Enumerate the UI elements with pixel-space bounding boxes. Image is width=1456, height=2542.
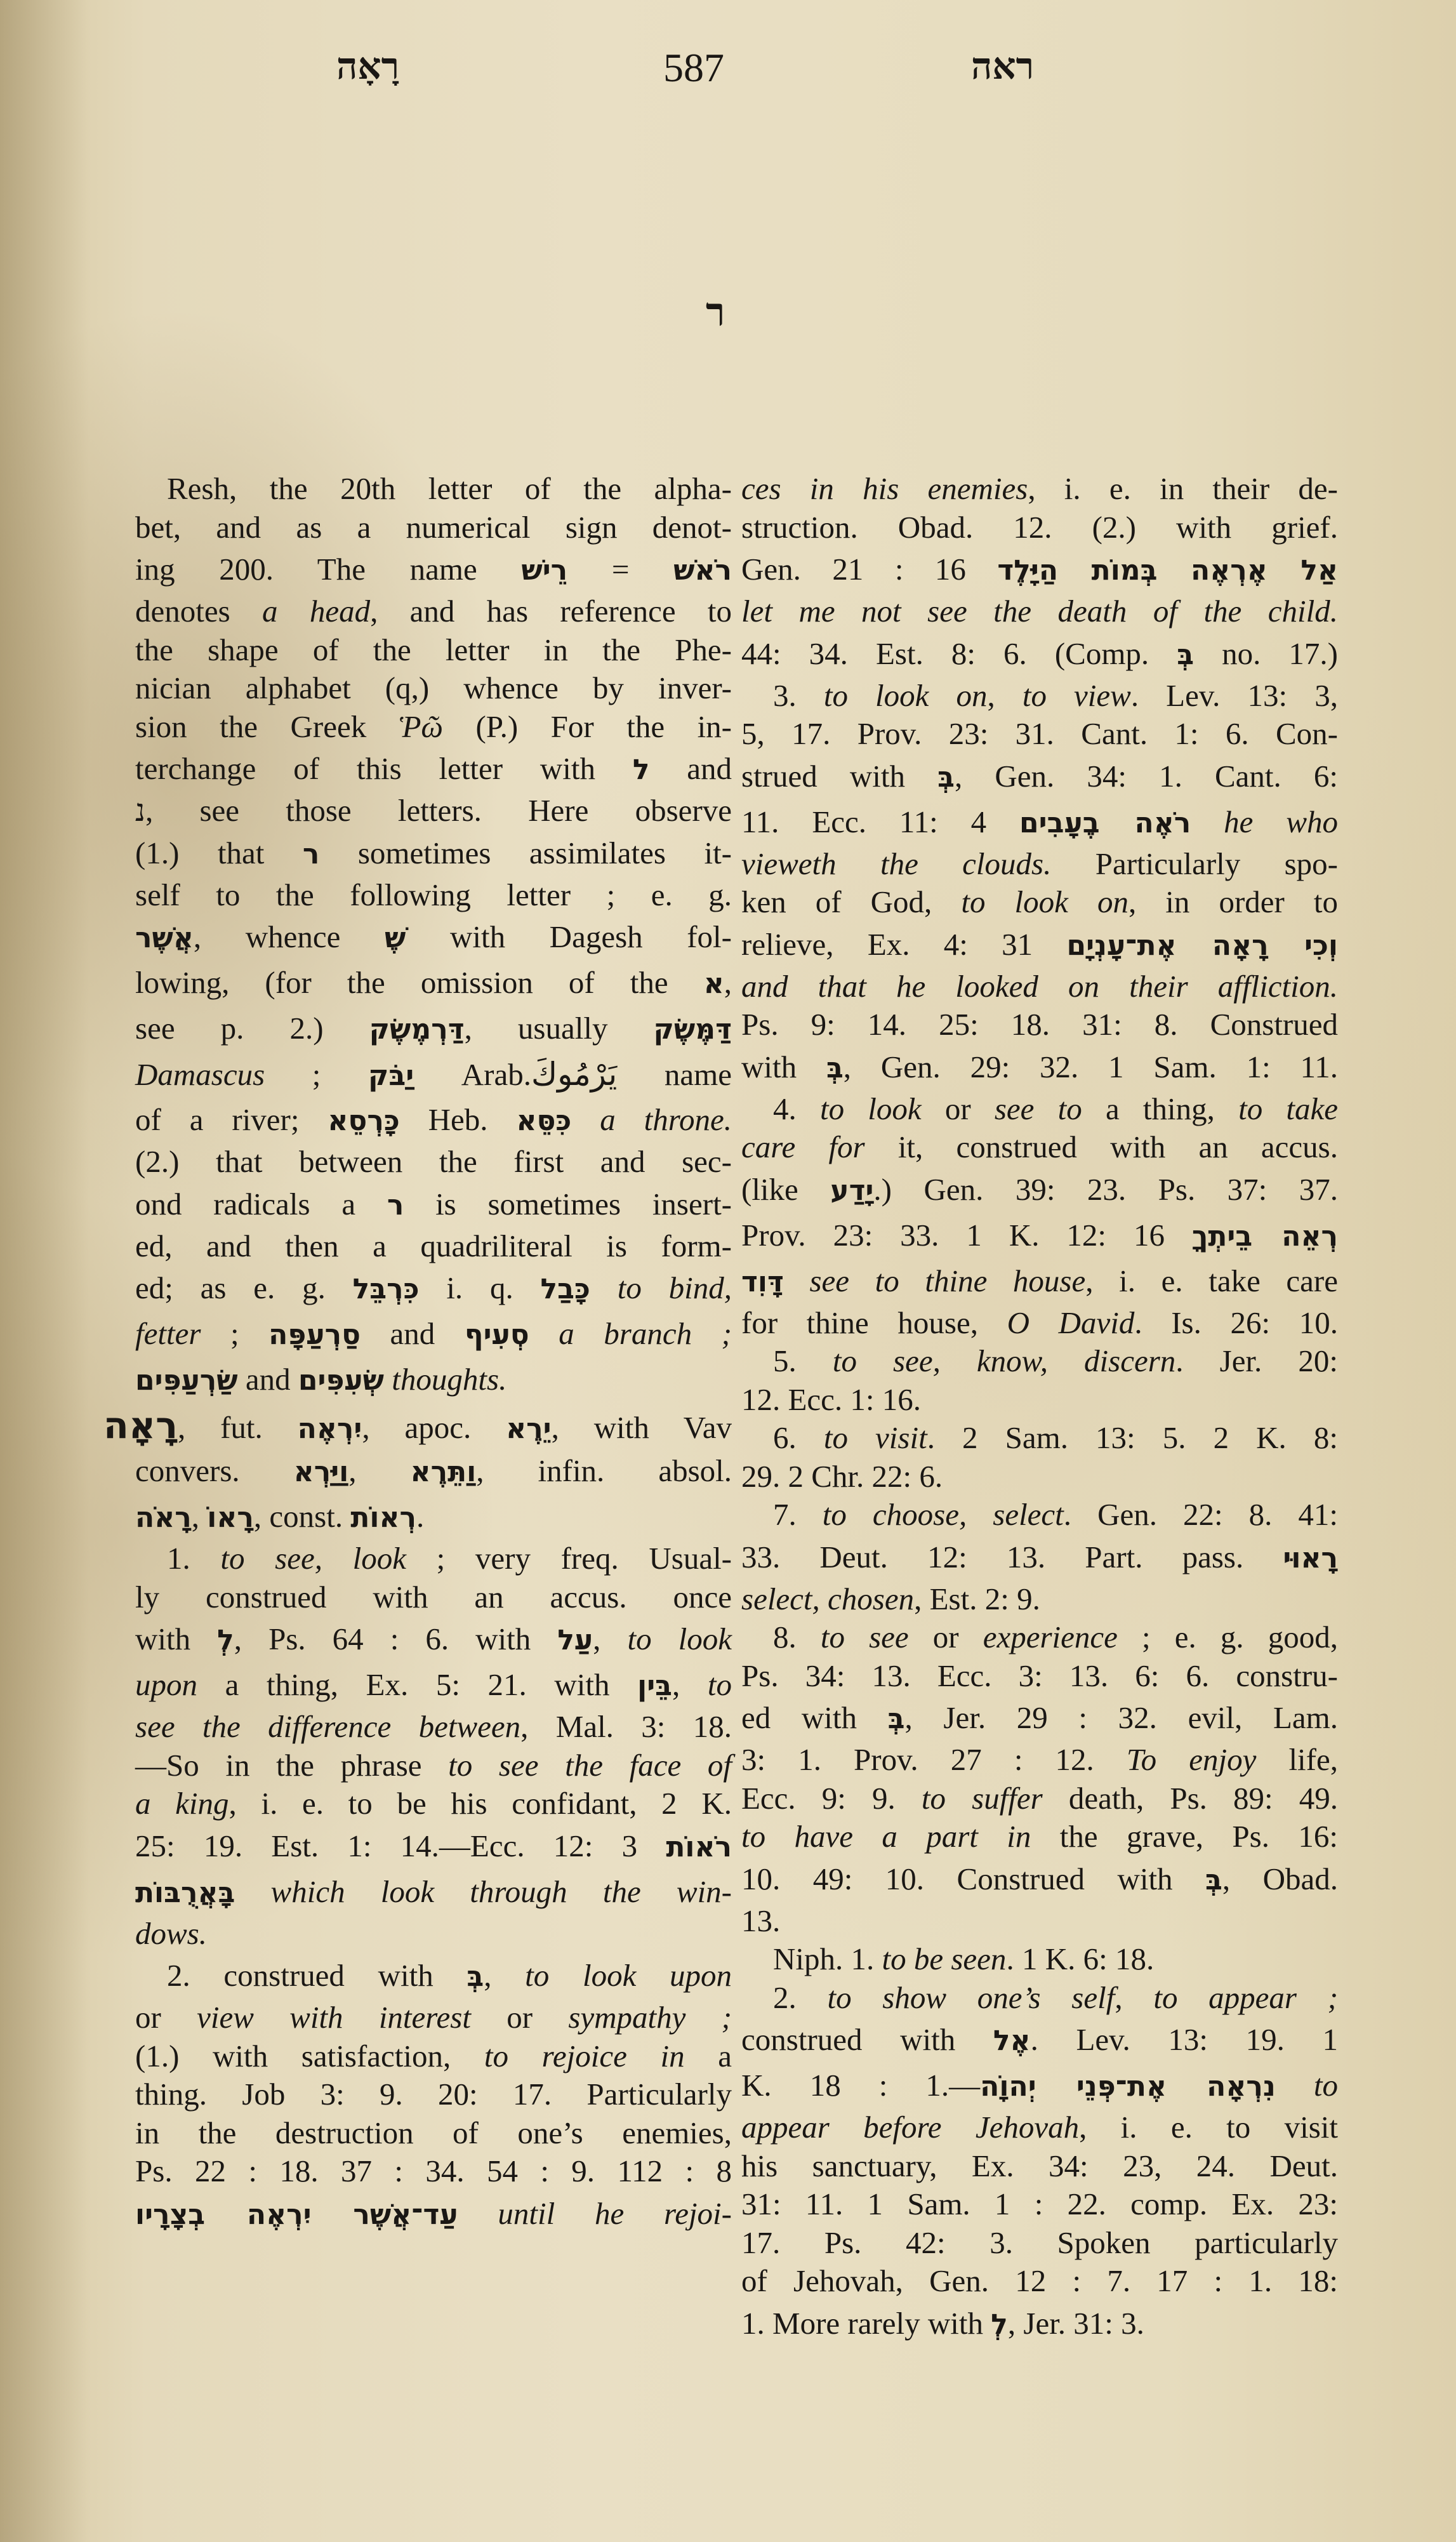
text-line: upon a thing, Ex. 5: 21. with בֵּין, to xyxy=(135,1662,732,1708)
text-line: self to the following letter ; e. g. xyxy=(135,876,732,915)
text-run: . 1 K. 6: 18. xyxy=(1006,1941,1154,1976)
hebrew-word: רָאֹה xyxy=(135,1501,192,1534)
italic-gloss: sympathy ; xyxy=(568,2000,732,2035)
text-run: , xyxy=(593,1621,627,1656)
text-run: , see those letters. Here observe xyxy=(145,793,732,828)
text-line: ond radicals a ר is sometimes insert- xyxy=(135,1181,732,1227)
text-run: . Lev. 13: 19. 1 xyxy=(1031,2022,1338,2057)
text-run: ; e. g. good, xyxy=(1118,1620,1338,1654)
text-run: Gen. 21 : 16 xyxy=(741,552,997,587)
text-run: Particularly spo- xyxy=(1051,846,1338,881)
text-run: construed with xyxy=(741,2022,993,2057)
text-run: , Gen. 29: 32. 1 Sam. 1: 11. xyxy=(844,1049,1338,1084)
text-line: struction. Obad. 12. (2.) with grief. xyxy=(741,509,1338,547)
hebrew-word: אֶל xyxy=(993,2025,1031,2057)
text-run: or xyxy=(135,2000,197,2035)
italic-gloss: to look xyxy=(820,1091,922,1126)
resh-introduction: Resh, the 20th letter of the alpha-bet, … xyxy=(135,470,732,1402)
italic-gloss: to be seen xyxy=(882,1941,1007,1976)
italic-gloss: to visit xyxy=(824,1420,927,1455)
text-run: death, Ps. 89: 49. xyxy=(1043,1781,1338,1816)
text-run: = xyxy=(567,552,673,587)
hebrew-word: שֶׁ xyxy=(385,922,406,954)
text-run: , xyxy=(484,1958,525,1993)
text-run: , i. e. in their de- xyxy=(1028,471,1338,506)
page-gutter-shadow xyxy=(0,0,89,2542)
italic-gloss: let me not see the death of the child. xyxy=(741,594,1338,629)
text-line: to have a part in the grave, Ps. 16: xyxy=(741,1818,1338,1856)
italic-gloss: to suffer xyxy=(922,1781,1043,1816)
italic-gloss: select, chosen xyxy=(741,1581,914,1616)
text-run: —So in the phrase xyxy=(135,1748,448,1783)
text-line: 29. 2 Chr. 22: 6. xyxy=(741,1458,1338,1496)
text-line: for thine house, O David. Is. 26: 10. xyxy=(741,1304,1338,1343)
text-line: בָּאֲרֻבּוֹת which look through the win- xyxy=(135,1869,732,1915)
page-number: 587 xyxy=(663,44,724,91)
text-line: (2.) that between the first and sec- xyxy=(135,1143,732,1181)
text-run: . Lev. 13: 3, xyxy=(1131,678,1338,713)
text-run: (P.) For the in- xyxy=(443,709,732,744)
text-run: a thing, xyxy=(1082,1091,1238,1126)
text-run: life, xyxy=(1256,1742,1338,1777)
text-run: Ecc. 9: 9. xyxy=(741,1781,922,1816)
text-line: 25: 19. Est. 1: 14.—Ecc. 12: 3 רֹאוֹת xyxy=(135,1823,732,1869)
text-line: 4. to look or see to a thing, to take xyxy=(741,1090,1338,1129)
text-line: 10. 49: 10. Construed with בְּ, Obad. xyxy=(741,1856,1338,1902)
hebrew-word: רְאוֹת xyxy=(350,1501,416,1534)
hebrew-word: יָדַע xyxy=(830,1175,873,1207)
text-line: ken of God, to look on, in order to xyxy=(741,883,1338,922)
text-line: 31: 11. 1 Sam. 1 : 22. comp. Ex. 23: xyxy=(741,2185,1338,2224)
hebrew-word: רֹאֶה בֶעָבִים xyxy=(1019,807,1191,839)
hebrew-word: אֲשֶׁר xyxy=(135,922,194,954)
text-run: 8. xyxy=(773,1620,821,1654)
italic-gloss: To enjoy xyxy=(1127,1742,1256,1777)
italic-gloss: ces in his enemies xyxy=(741,471,1028,506)
italic-gloss: to view xyxy=(1023,678,1131,713)
hebrew-word: סְעִיף xyxy=(465,1319,529,1351)
hebrew-word: דַּרְמֶשֶׂק xyxy=(369,1013,465,1046)
text-run: the grave, Ps. 16: xyxy=(1031,1819,1338,1854)
text-line: 1. More rarely with לְ, Jer. 31: 3. xyxy=(741,2301,1338,2346)
italic-gloss: to appear ; xyxy=(1153,1980,1338,2015)
italic-gloss: dows. xyxy=(135,1916,207,1951)
text-run: , and has reference to xyxy=(370,594,732,629)
text-run: sion the Greek xyxy=(135,709,399,744)
text-run: 1. xyxy=(167,1541,220,1576)
text-run: ond radicals a xyxy=(135,1187,387,1221)
section-letter-resh: ר xyxy=(706,289,725,336)
text-line: and that he looked on their affliction. xyxy=(741,968,1338,1006)
text-line: care for it, construed with an accus. xyxy=(741,1128,1338,1167)
text-run: ; very freq. Usual- xyxy=(406,1541,732,1576)
italic-gloss: to look upon xyxy=(525,1958,732,1993)
hebrew-word: דָּוִד xyxy=(741,1266,784,1298)
text-line: 44: 34. Est. 8: 6. (Comp. בְּ no. 17.) xyxy=(741,631,1338,677)
text-line: Ps. 22 : 18. 37 : 34. 54 : 9. 112 : 8 xyxy=(135,2152,732,2191)
text-line: his sanctuary, Ex. 34: 23, 24. Deut. xyxy=(741,2147,1338,2186)
text-line: 17. Ps. 42: 3. Spoken particularly xyxy=(741,2224,1338,2263)
text-line: אֲשֶׁר, whence שֶׁ with Dagesh fol- xyxy=(135,914,732,960)
text-run: Heb. xyxy=(400,1102,517,1137)
text-line: 3. to look on, to view. Lev. 13: 3, xyxy=(741,677,1338,715)
text-line: 11. Ecc. 11: 4 רֹאֶה בֶעָבִים he who xyxy=(741,799,1338,845)
text-line: vieweth the clouds. Particularly spo- xyxy=(741,845,1338,884)
text-run: 4. xyxy=(773,1091,820,1126)
text-run: 2. construed with xyxy=(167,1958,467,1993)
text-run: see p. 2.) xyxy=(135,1011,369,1046)
text-line: ces in his enemies, i. e. in their de- xyxy=(741,470,1338,509)
italic-gloss: and that he looked on their affliction. xyxy=(741,969,1338,1004)
italic-gloss: to show one’s self xyxy=(827,1980,1115,2015)
text-run: of a river; xyxy=(135,1102,328,1137)
text-run: , i. e. to be his confidant, 2 K. xyxy=(229,1786,732,1821)
hebrew-word: נִרְאָה אֶת־פְּנֵי יְהוָֹה xyxy=(980,2070,1276,2103)
text-run: 11. Ecc. 11: 4 xyxy=(741,804,1019,839)
text-line: bet, and as a numerical sign denot- xyxy=(135,509,732,547)
text-run: , i. e. take care xyxy=(1085,1263,1338,1298)
text-run: Ps. 34: 13. Ecc. 3: 13. 6: 6. constru- xyxy=(741,1658,1338,1693)
italic-gloss: experience xyxy=(983,1620,1118,1654)
hebrew-word: דַּמֶּשֶׂק xyxy=(654,1013,732,1046)
text-run: 1. More rarely with xyxy=(741,2306,991,2341)
text-line: of a river; כָּרְסֵא Heb. כִּסֵּא a thro… xyxy=(135,1097,732,1143)
sense-2: 2. construed with בְּ, to look uponor vi… xyxy=(135,1953,732,2237)
text-run: Niph. 1. xyxy=(773,1941,882,1976)
text-run: נ xyxy=(135,793,145,828)
text-run: , fut. xyxy=(178,1410,298,1445)
text-run: terchange of this letter with xyxy=(135,751,633,786)
text-line: relieve, Ex. 4: 31 וְכִי רָאָה אֶת־עָנְי… xyxy=(741,922,1338,968)
text-run: , const. xyxy=(254,1499,350,1534)
text-line: terchange of this letter with ל and xyxy=(135,746,732,792)
running-head-right-word: ראה xyxy=(971,44,1034,88)
text-run: strued with xyxy=(741,759,937,794)
text-line: 6. to visit. 2 Sam. 13: 5. 2 K. 8: xyxy=(741,1419,1338,1458)
text-run: 3. xyxy=(773,678,824,713)
hebrew-word: סַרְעַפָּה xyxy=(268,1319,361,1351)
italic-gloss: to xyxy=(708,1667,732,1702)
italic-gloss: to see xyxy=(821,1620,909,1654)
text-line: ed with בְּ, Jer. 29 : 32. evil, Lam. xyxy=(741,1695,1338,1741)
text-run: ed; as e. g. xyxy=(135,1270,353,1305)
text-run: sometimes assimilates it- xyxy=(319,835,732,870)
italic-gloss: to have a part in xyxy=(741,1819,1031,1854)
text-run: K. 18 : 1.— xyxy=(741,2068,980,2103)
text-line: (like יָדַע.) Gen. 39: 23. Ps. 37: 37. xyxy=(741,1167,1338,1213)
text-line: in the destruction of one’s enemies, xyxy=(135,2114,732,2153)
text-run: , xyxy=(724,965,732,1000)
text-run: , Jer. 29 : 32. evil, Lam. xyxy=(905,1700,1338,1735)
text-run: Prov. 23: 33. 1 K. 12: 16 xyxy=(741,1218,1192,1253)
text-run: . Jer. 20: xyxy=(1175,1343,1338,1378)
text-line: Ecc. 9: 9. to suffer death, Ps. 89: 49. xyxy=(741,1780,1338,1818)
text-run: 5, 17. Prov. 23: 31. Cant. 1: 6. Con- xyxy=(741,716,1338,751)
text-run: Ps. 9: 14. 25: 18. 31: 8. Construed xyxy=(741,1007,1338,1042)
italic-gloss: to look on xyxy=(961,884,1128,919)
italic-gloss: see to xyxy=(995,1091,1082,1126)
text-line: K. 18 : 1.—נִרְאָה אֶת־פְּנֵי יְהוָֹה to xyxy=(741,2063,1338,2108)
italic-gloss: see to thine house xyxy=(784,1263,1085,1298)
text-run: (like xyxy=(741,1172,830,1207)
hebrew-word: רְאֵה בֵיתְךָ xyxy=(1192,1220,1338,1253)
text-run: 6. xyxy=(773,1420,824,1455)
text-line: רָאֹה, רָאוֹ, const. רְאוֹת. xyxy=(135,1494,732,1540)
italic-gloss: until he rejoi- xyxy=(458,2196,732,2231)
italic-gloss: a throne. xyxy=(571,1102,732,1137)
text-run: 2. xyxy=(773,1980,827,2015)
text-line: a king, i. e. to be his confidant, 2 K. xyxy=(135,1785,732,1823)
text-run: .) Gen. 39: 23. Ps. 37: 37. xyxy=(873,1172,1338,1207)
hebrew-word: שְׂעִפִּים xyxy=(298,1364,384,1397)
text-run: ; xyxy=(201,1316,268,1351)
text-line: of Jehovah, Gen. 12 : 7. 17 : 1. 18: xyxy=(741,2262,1338,2301)
text-run: 29. 2 Chr. 22: 6. xyxy=(741,1459,943,1494)
text-run: 25: 19. Est. 1: 14.—Ecc. 12: 3 xyxy=(135,1828,666,1863)
text-line: Ps. 34: 13. Ecc. 3: 13. 6: 6. constru- xyxy=(741,1657,1338,1696)
text-run: it, construed with an accus. xyxy=(865,1129,1338,1164)
text-run: 3: 1. Prov. 27 : 12. xyxy=(741,1742,1127,1777)
hebrew-word: בָּאֲרֻבּוֹת xyxy=(135,1877,235,1909)
italic-gloss: to take xyxy=(1238,1091,1338,1126)
text-run: 13. xyxy=(741,1903,780,1938)
text-run: , Ps. 64 : 6. with xyxy=(234,1621,558,1656)
text-line: sion the Greek Ῥῶ (P.) For the in- xyxy=(135,708,732,747)
text-run: (2.) that between the first and sec- xyxy=(135,1144,732,1179)
italic-gloss: upon xyxy=(135,1667,197,1702)
hebrew-word: כָּבַל xyxy=(541,1273,590,1305)
text-line: denotes a head, and has reference to xyxy=(135,592,732,631)
hebrew-word: בְּ xyxy=(1205,1864,1222,1896)
entry-headline: רָאָה, fut. יִרְאֶה, apoc. יֵרֶא, with V… xyxy=(103,1402,732,1448)
text-run: or xyxy=(909,1620,983,1654)
text-run: 17. Ps. 42: 3. Spoken particularly xyxy=(741,2225,1338,2260)
italic-gloss: see the difference between xyxy=(135,1709,520,1744)
right-column-text: ces in his enemies, i. e. in their de-st… xyxy=(741,470,1338,2346)
text-line: the shape of the letter in the Phe- xyxy=(135,631,732,670)
text-run: self to the following letter ; e. g. xyxy=(135,877,732,912)
hebrew-word: ר xyxy=(303,838,320,870)
text-line: (1.) that ר sometimes assimilates it- xyxy=(135,830,732,876)
entry-headword: רָאָה xyxy=(103,1404,178,1447)
hebrew-word: ר xyxy=(387,1189,404,1221)
text-run: , Est. 2: 9. xyxy=(914,1581,1040,1616)
text-line: see the difference between, Mal. 3: 18. xyxy=(135,1708,732,1747)
italic-gloss: Damascus xyxy=(135,1057,265,1092)
text-run: (1.) that xyxy=(135,835,303,870)
text-line: 5. to see, know, discern. Jer. 20: xyxy=(741,1342,1338,1381)
text-run: 5. xyxy=(773,1343,833,1378)
italic-gloss: a head xyxy=(262,594,370,629)
text-line: see p. 2.) דַּרְמֶשֶׂק, usually דַּמֶּשֶ… xyxy=(135,1006,732,1051)
hebrew-word: וַתֵּרֶא xyxy=(411,1456,477,1488)
text-run: and xyxy=(238,1362,298,1397)
text-run: (1.) with satisfaction, xyxy=(135,2039,484,2073)
italic-gloss: Ῥῶ xyxy=(399,709,443,744)
italic-gloss: to bind, xyxy=(590,1270,732,1305)
text-run: , i. e. to visit xyxy=(1079,2110,1338,2145)
italic-gloss: view with interest xyxy=(197,2000,471,2035)
text-run: thing. Job 3: 9. 20: 17. Particularly xyxy=(135,2077,732,2112)
text-run: 33. Deut. 12: 13. Part. pass. xyxy=(741,1540,1283,1574)
text-run: ken of God, xyxy=(741,884,961,919)
hebrew-word: וְכִי רָאָה אֶת־עָנְיָם xyxy=(1066,929,1338,962)
hebrew-word: בֵּין xyxy=(637,1670,672,1702)
text-run: ly construed with an accus. once xyxy=(135,1580,732,1614)
text-run: of Jehovah, Gen. 12 : 7. 17 : 1. 18: xyxy=(741,2263,1338,2298)
text-run: . xyxy=(416,1499,424,1534)
text-run: ed, and then a quadriliteral is form- xyxy=(135,1228,732,1263)
right-column: ces in his enemies, i. e. in their de-st… xyxy=(741,470,1338,2346)
text-line: or view with interest or sympathy ; xyxy=(135,1999,732,2037)
italic-gloss: to rejoice in xyxy=(484,2039,685,2073)
italic-gloss: care for xyxy=(741,1129,865,1164)
hebrew-word: עַד־אֲשֶׁר יִרְאֶה בְצָרָיו xyxy=(135,2199,458,2231)
text-line: 2. to show one’s self, to appear ; xyxy=(741,1979,1338,2018)
text-run: , infin. absol. xyxy=(476,1453,732,1488)
text-run: i. q. xyxy=(420,1270,541,1305)
arabic-word: يَرْمُوكَ xyxy=(531,1056,617,1093)
text-line: convers. וַיַּרְא, וַתֵּרֶא, infin. abso… xyxy=(135,1448,732,1494)
text-run: for thine house, xyxy=(741,1305,1007,1340)
text-run: 7. xyxy=(773,1497,823,1532)
text-line: with לְ, Ps. 64 : 6. with עַל, to look xyxy=(135,1616,732,1662)
hebrew-word: אַל אֶרְאֶה בְּמוֹת הַיָּלֶד xyxy=(997,554,1338,587)
italic-gloss: O David xyxy=(1007,1305,1135,1340)
hebrew-word: יִרְאֶה xyxy=(298,1413,362,1445)
text-line: ly construed with an accus. once xyxy=(135,1578,732,1617)
text-run: name xyxy=(617,1057,732,1092)
text-line: lowing, (for the omission of the א, xyxy=(135,960,732,1006)
text-line: let me not see the death of the child. xyxy=(741,592,1338,631)
text-run: , Mal. 3: 18. xyxy=(520,1709,732,1744)
text-line: שַׂרְעַפִּים and שְׂעִפִּים thoughts. xyxy=(135,1357,732,1402)
text-line: 1. to see, look ; very freq. Usual- xyxy=(135,1540,732,1578)
text-line: construed with אֶל. Lev. 13: 19. 1 xyxy=(741,2017,1338,2063)
text-line: 3: 1. Prov. 27 : 12. To enjoy life, xyxy=(741,1741,1338,1780)
text-run: ing 200. The name xyxy=(135,552,521,587)
italic-gloss: he who xyxy=(1191,804,1338,839)
text-run: , in order to xyxy=(1128,884,1338,919)
text-run: , the 20th letter of the alpha- xyxy=(229,471,732,506)
text-run: nician alphabet (q,) whence by inver- xyxy=(135,670,732,705)
running-head: רָאָה 587 ראה xyxy=(0,44,1456,108)
text-line: with בְּ, Gen. 29: 32. 1 Sam. 1: 11. xyxy=(741,1044,1338,1090)
text-line: ed; as e. g. כִּרְבֵּל i. q. כָּבַל to b… xyxy=(135,1265,732,1311)
text-run: , apoc. xyxy=(362,1410,506,1445)
text-line: appear before Jehovah, i. e. to visit xyxy=(741,2108,1338,2147)
text-run: with xyxy=(741,1049,826,1084)
text-run: , xyxy=(988,678,1023,713)
hebrew-word: וַיַּרְא xyxy=(294,1456,349,1488)
text-run: , usually xyxy=(465,1011,654,1046)
text-run: convers. xyxy=(135,1453,294,1488)
text-run: a xyxy=(685,2039,732,2073)
text-line: 5, 17. Prov. 23: 31. Cant. 1: 6. Con- xyxy=(741,715,1338,754)
text-line: Prov. 23: 33. 1 K. 12: 16 רְאֵה בֵיתְךָ xyxy=(741,1213,1338,1258)
italic-gloss: a king xyxy=(135,1786,229,1821)
hebrew-word: לְ xyxy=(991,2308,1008,2341)
text-line: —So in the phrase to see the face of xyxy=(135,1747,732,1785)
text-run: . 2 Sam. 13: 5. 2 K. 8: xyxy=(927,1420,1338,1455)
hebrew-word: שַׂרְעַפִּים xyxy=(135,1364,238,1397)
text-line: Niph. 1. to be seen. 1 K. 6: 18. xyxy=(741,1940,1338,1979)
hebrew-word: כִּרְבֵּל xyxy=(353,1273,420,1305)
text-run: and xyxy=(649,751,732,786)
text-run: bet, and as a numerical sign denot- xyxy=(135,510,732,545)
text-run: 10. 49: 10. Construed with xyxy=(741,1861,1205,1896)
text-line: 13. xyxy=(741,1902,1338,1941)
text-run: lowing, (for the omission of the xyxy=(135,965,704,1000)
text-line: Ps. 9: 14. 25: 18. 31: 8. Construed xyxy=(741,1006,1338,1044)
text-run: relieve, Ex. 4: 31 xyxy=(741,927,1066,962)
text-run: ed with xyxy=(741,1700,888,1735)
text-line: ed, and then a quadriliteral is form- xyxy=(135,1227,732,1266)
text-run: no. 17.) xyxy=(1194,636,1338,671)
italic-gloss: to look xyxy=(627,1621,732,1656)
text-line: (1.) with satisfaction, to rejoice in a xyxy=(135,2037,732,2076)
text-run: and xyxy=(361,1316,465,1351)
text-line: 33. Deut. 12: 13. Part. pass. רָאוּי xyxy=(741,1534,1338,1580)
hebrew-word: רָאוּי xyxy=(1283,1542,1338,1574)
italic-gloss: to look on xyxy=(824,678,988,713)
text-run: . Gen. 22: 8. 41: xyxy=(1064,1497,1338,1532)
hebrew-word: רֹאוֹת xyxy=(666,1831,732,1863)
text-run: , Obad. xyxy=(1222,1861,1338,1896)
hebrew-word: בְּ xyxy=(1177,639,1194,671)
sense-1: 1. to see, look ; very freq. Usual-ly co… xyxy=(135,1540,732,1953)
text-run: , xyxy=(1115,1980,1153,2015)
text-line: dows. xyxy=(135,1915,732,1953)
italic-gloss: which look through the win- xyxy=(235,1874,732,1909)
italic-gloss: thoughts. xyxy=(384,1362,506,1397)
text-run: , with Vav xyxy=(552,1410,732,1445)
italic-gloss: to see, look xyxy=(220,1541,406,1576)
text-line: fetter ; סַרְעַפָּה and סְעִיף a branch … xyxy=(135,1311,732,1357)
text-run: a thing, Ex. 5: 21. with xyxy=(197,1667,637,1702)
hebrew-word: יֵרֶא xyxy=(506,1413,551,1445)
text-run: in the destruction of one’s enemies, xyxy=(135,2115,732,2150)
left-column: Resh, the 20th letter of the alpha-bet, … xyxy=(135,470,732,2237)
text-run: denotes xyxy=(135,594,262,629)
text-line: select, chosen, Est. 2: 9. xyxy=(741,1580,1338,1619)
text-line: thing. Job 3: 9. 20: 17. Particularly xyxy=(135,2075,732,2114)
text-run: his sanctuary, Ex. 34: 23, 24. Deut. xyxy=(741,2148,1338,2183)
text-line: דָּוִד see to thine house, i. e. take ca… xyxy=(741,1258,1338,1304)
text-run: Ps. 22 : 18. 37 : 34. 54 : 9. 112 : 8 xyxy=(135,2153,732,2188)
text-line: 8. to see or experience ; e. g. good, xyxy=(741,1618,1338,1657)
text-run: , Gen. 34: 1. Cant. 6: xyxy=(955,759,1338,794)
hebrew-word: בְּ xyxy=(888,1703,905,1735)
hebrew-word: יַבֹּק xyxy=(368,1060,414,1092)
text-line: strued with בְּ, Gen. 34: 1. Cant. 6: xyxy=(741,754,1338,799)
text-run: Resh xyxy=(167,471,229,506)
hebrew-word: לְ xyxy=(217,1624,234,1656)
hebrew-word: בְּ xyxy=(467,1960,484,1993)
text-run: is sometimes insert- xyxy=(404,1187,732,1221)
text-run: , xyxy=(672,1667,708,1702)
text-run: ; xyxy=(265,1057,368,1092)
text-line: ing 200. The name רֵישׁ = רֹאשׁ xyxy=(135,547,732,592)
text-line: 7. to choose, select. Gen. 22: 8. 41: xyxy=(741,1496,1338,1534)
entry-forms: convers. וַיַּרְא, וַתֵּרֶא, infin. abso… xyxy=(135,1448,732,1540)
hebrew-word: א xyxy=(704,968,724,1000)
text-run: the shape of the letter in the Phe- xyxy=(135,632,732,667)
text-line: Damascus ; יַבֹּק Arab.يَرْمُوكَ name xyxy=(135,1051,732,1097)
italic-gloss: fetter xyxy=(135,1316,201,1351)
text-run: with xyxy=(135,1621,217,1656)
text-run: or xyxy=(471,2000,568,2035)
